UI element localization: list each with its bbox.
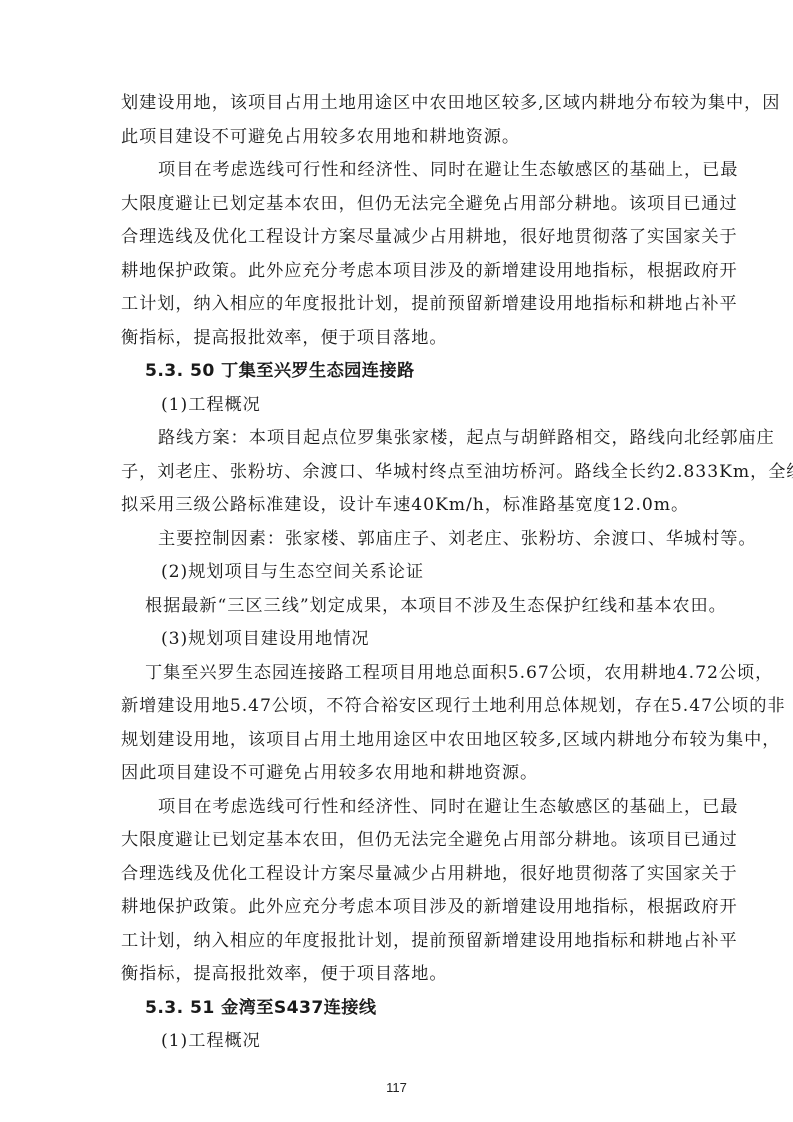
paragraph-line: 大限度避让已划定基本农田，但仍无法完全避免占用部分耕地。该项目已通过 <box>121 194 681 214</box>
mitigation-line: 衡指标，提高报批效率，便于项目落地。 <box>121 964 681 984</box>
subheading-eco-relation: (2)规划项目与生态空间关系论证 <box>161 562 721 582</box>
mitigation-line: 项目在考虑选线可行性和经济性、同时在避让生态敏感区的基础上，已最 <box>158 797 682 817</box>
section-heading-5-3-51: 5.3. 51 金湾至S437连接线 <box>145 998 376 1018</box>
eco-text-line: 根据最新“三区三线”划定成果，本项目不涉及生态保护红线和基本农田。 <box>145 596 705 616</box>
document-page: 划建设用地，该项目占用土地用途区中农田地区较多,区域内耕地分布较为集中，因 此项… <box>0 0 793 1122</box>
paragraph-line: 此项目建设不可避免占用较多农用地和耕地资源。 <box>121 127 681 147</box>
land-use-line: 因此项目建设不可避免占用较多农用地和耕地资源。 <box>121 763 681 783</box>
route-plan-line: 拟采用三级公路标准建设，设计车速40Km/h，标准路基宽度12.0m。 <box>121 495 681 515</box>
land-use-line: 丁集至兴罗生态园连接路工程项目用地总面积5.67公顷，农用耕地4.72公顷， <box>145 663 705 683</box>
mitigation-line: 合理选线及优化工程设计方案尽量减少占用耕地，很好地贯彻落了实国家关于 <box>121 864 681 884</box>
subheading-overview-51: (1)工程概况 <box>161 1031 721 1051</box>
paragraph-line: 合理选线及优化工程设计方案尽量减少占用耕地，很好地贯彻落了实国家关于 <box>121 227 681 247</box>
page-number: 117 <box>0 1080 793 1095</box>
land-use-line: 规划建设用地，该项目占用土地用途区中农田地区较多,区域内耕地分布较为集中， <box>121 730 681 750</box>
paragraph-line: 工计划，纳入相应的年度报批计划，提前预留新增建设用地指标和耕地占补平 <box>121 294 681 314</box>
land-use-line: 新增建设用地5.47公顷，不符合裕安区现行土地利用总体规划，存在5.47公顷的非 <box>121 696 681 716</box>
paragraph-line: 耕地保护政策。此外应充分考虑本项目涉及的新增建设用地指标，根据政府开 <box>121 261 681 281</box>
route-plan-line: 路线方案：本项目起点位罗集张家楼，起点与胡鲜路相交，路线向北经郭庙庄 <box>158 428 682 448</box>
mitigation-line: 耕地保护政策。此外应充分考虑本项目涉及的新增建设用地指标，根据政府开 <box>121 897 681 917</box>
mitigation-line: 工计划，纳入相应的年度报批计划，提前预留新增建设用地指标和耕地占补平 <box>121 931 681 951</box>
mitigation-line: 大限度避让已划定基本农田，但仍无法完全避免占用部分耕地。该项目已通过 <box>121 830 681 850</box>
paragraph-line: 衡指标，提高报批效率，便于项目落地。 <box>121 328 681 348</box>
paragraph-line: 划建设用地，该项目占用土地用途区中农田地区较多,区域内耕地分布较为集中，因 <box>121 93 681 113</box>
subheading-overview: (1)工程概况 <box>161 395 721 415</box>
section-heading-5-3-50: 5.3. 50 丁集至兴罗生态园连接路 <box>145 361 415 381</box>
control-factors-line: 主要控制因素：张家楼、郭庙庄子、刘老庄、张粉坊、余渡口、华城村等。 <box>158 529 682 549</box>
route-plan-line: 子，刘老庄、张粉坊、余渡口、华城村终点至油坊桥河。路线全长约2.833Km，全线 <box>121 462 681 482</box>
paragraph-line: 项目在考虑选线可行性和经济性、同时在避让生态敏感区的基础上，已最 <box>158 160 682 180</box>
subheading-land-use: (3)规划项目建设用地情况 <box>161 629 721 649</box>
